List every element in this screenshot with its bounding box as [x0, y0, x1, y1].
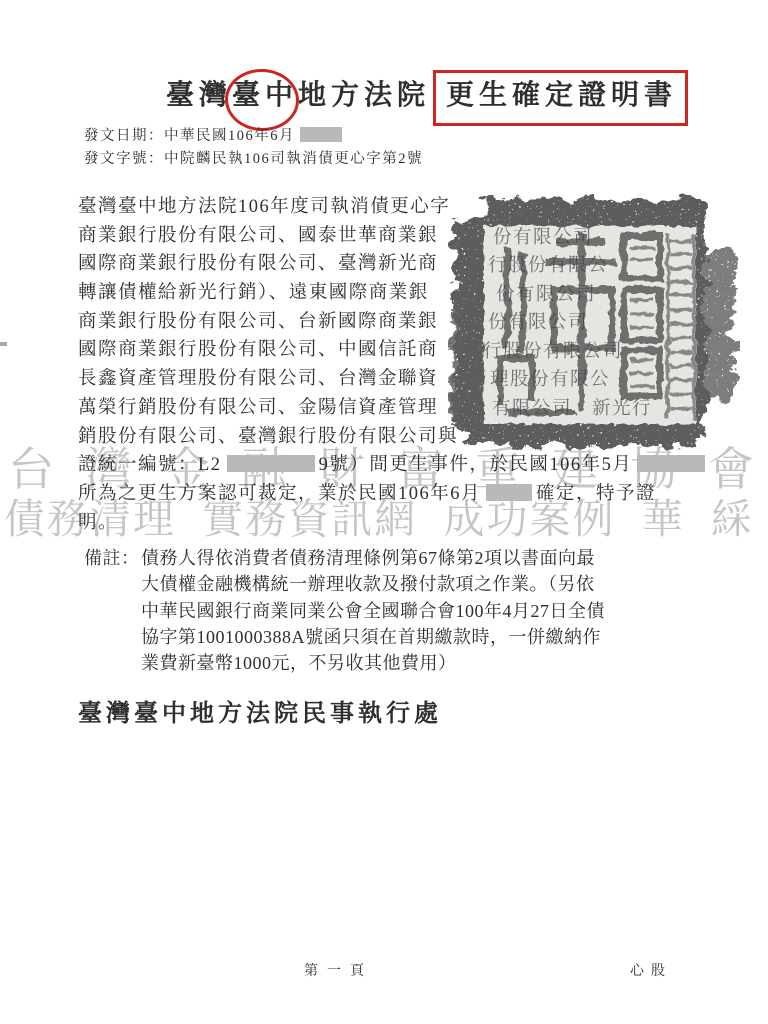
stamp-text-fragment: 份有限公司	[493, 228, 593, 248]
body-line: 所為之更生方案認可裁定，業於民國106年6月確定，特予證	[78, 480, 738, 509]
stamp-text-fragment: 份有限公司	[488, 313, 588, 333]
document-content: 臺灣臺中地方法院更生確定證明書 發文日期：中華民國106年6月 發文字號：中院麟…	[0, 0, 768, 1024]
body-text: 國際商業銀行股份有限公司、臺灣新光商	[78, 254, 438, 274]
red-box-annotation: 更生確定證明書	[433, 70, 688, 126]
doc-number-line: 發文字號：中院麟民執106司執消債更心字第2號	[84, 147, 423, 168]
issue-date-value: 中華民國106年6月	[164, 128, 295, 144]
court-seal-stamp: 份有限公司行股份有限公份有限公司份有限公司行股份有限公司理股份有限公有限公司、新…	[448, 190, 740, 452]
note-block: 備註： 債務人得依消費者債務清理條例第67條第2項以書面向最大債權金融機構統一辦…	[84, 545, 661, 676]
note-line: 大債權金融機構統一辦理收款及撥付款項之作業。（另依	[141, 571, 661, 597]
body-text: 明。	[78, 513, 118, 533]
stamp-text-fragment: 行股份有限公	[488, 256, 608, 276]
issue-date-label: 發文日期：	[84, 128, 164, 144]
redaction-box	[227, 455, 315, 472]
redaction-box	[637, 455, 705, 472]
body-line: 證統一編號：L29號）間更生事件，於民國106年5月	[78, 451, 738, 480]
doc-number-value: 中院麟民執106司執消債更心字第2號	[164, 151, 423, 167]
note-line: 協字第1001000388A號函只須在首期繳款時，一併繳納作	[141, 624, 661, 650]
note-line: 債務人得依消費者債務清理條例第67條第2項以書面向最	[141, 545, 661, 571]
document-title: 臺灣臺中地方法院更生確定證明書	[166, 70, 688, 126]
issue-date-line: 發文日期：中華民國106年6月	[84, 124, 342, 145]
body-text: 商業銀行股份有限公司、台新國際商業銀	[78, 312, 438, 332]
body-text: 商業銀行股份有限公司、國泰世華商業銀	[78, 226, 438, 246]
note-lines: 債務人得依消費者債務清理條例第67條第2項以書面向最大債權金融機構統一辦理收款及…	[141, 545, 661, 676]
red-circle-annotation	[224, 68, 300, 133]
body-line: 明。	[78, 509, 738, 538]
stamp-text-fragment: 有限公司、新光行	[492, 399, 652, 419]
title-circled-wrap: 臺中	[232, 75, 298, 117]
note-label: 備註：	[84, 545, 141, 676]
stamp-text-fragment: 理股份有限公	[490, 370, 610, 390]
issuing-office: 臺灣臺中地方法院民事執行處	[78, 693, 442, 728]
scan-artifact	[0, 342, 7, 346]
clerk-code: 心股	[630, 960, 672, 980]
title-boxed-text: 更生確定證明書	[446, 80, 677, 111]
title-mid: 地方法院	[298, 80, 430, 111]
title-pre: 臺灣	[166, 80, 232, 111]
body-text: 長鑫資產管理股份有限公司、台灣金聯資	[78, 369, 438, 389]
stamp-visible-text: 份有限公司行股份有限公份有限公司份有限公司行股份有限公司理股份有限公有限公司、新…	[448, 190, 740, 452]
body-text: 轉讓債權給新光行銷）、遠東國際商業銀	[78, 283, 429, 303]
body-text: 9號）間更生事件，於民國106年5月	[319, 455, 633, 475]
body-text: 確定，特予證	[536, 484, 656, 504]
body-text: 臺灣臺中地方法院106年度司執消債更心字	[78, 197, 450, 217]
stamp-text-fragment: 份有限公司	[496, 285, 596, 305]
redaction-box	[486, 484, 532, 501]
body-text: 證統一編號：L2	[78, 455, 222, 475]
body-text: 銷股份有限公司、臺灣銀行股份有限公司與	[78, 427, 458, 447]
page-number: 第一頁	[304, 960, 373, 980]
document-page: 台灣金融財富重建協會 債務清理實務資訊網成功案例華綵 臺灣臺中地方法院更生確定證…	[0, 0, 768, 1024]
stamp-text-fragment: 行股份有限公司	[483, 342, 623, 362]
note-line: 業費新臺幣1000元，不另收其他費用）	[141, 650, 661, 676]
body-text: 萬榮行銷股份有限公司、金陽信資產管理	[78, 398, 438, 418]
body-text: 國際商業銀行股份有限公司、中國信託商	[78, 340, 438, 360]
redaction-box	[300, 127, 342, 142]
note-line: 中華民國銀行商業同業公會全國聯合會100年4月27日全債	[141, 598, 661, 624]
doc-number-label: 發文字號：	[84, 151, 164, 167]
body-text: 所為之更生方案認可裁定，業於民國106年6月	[78, 484, 481, 504]
